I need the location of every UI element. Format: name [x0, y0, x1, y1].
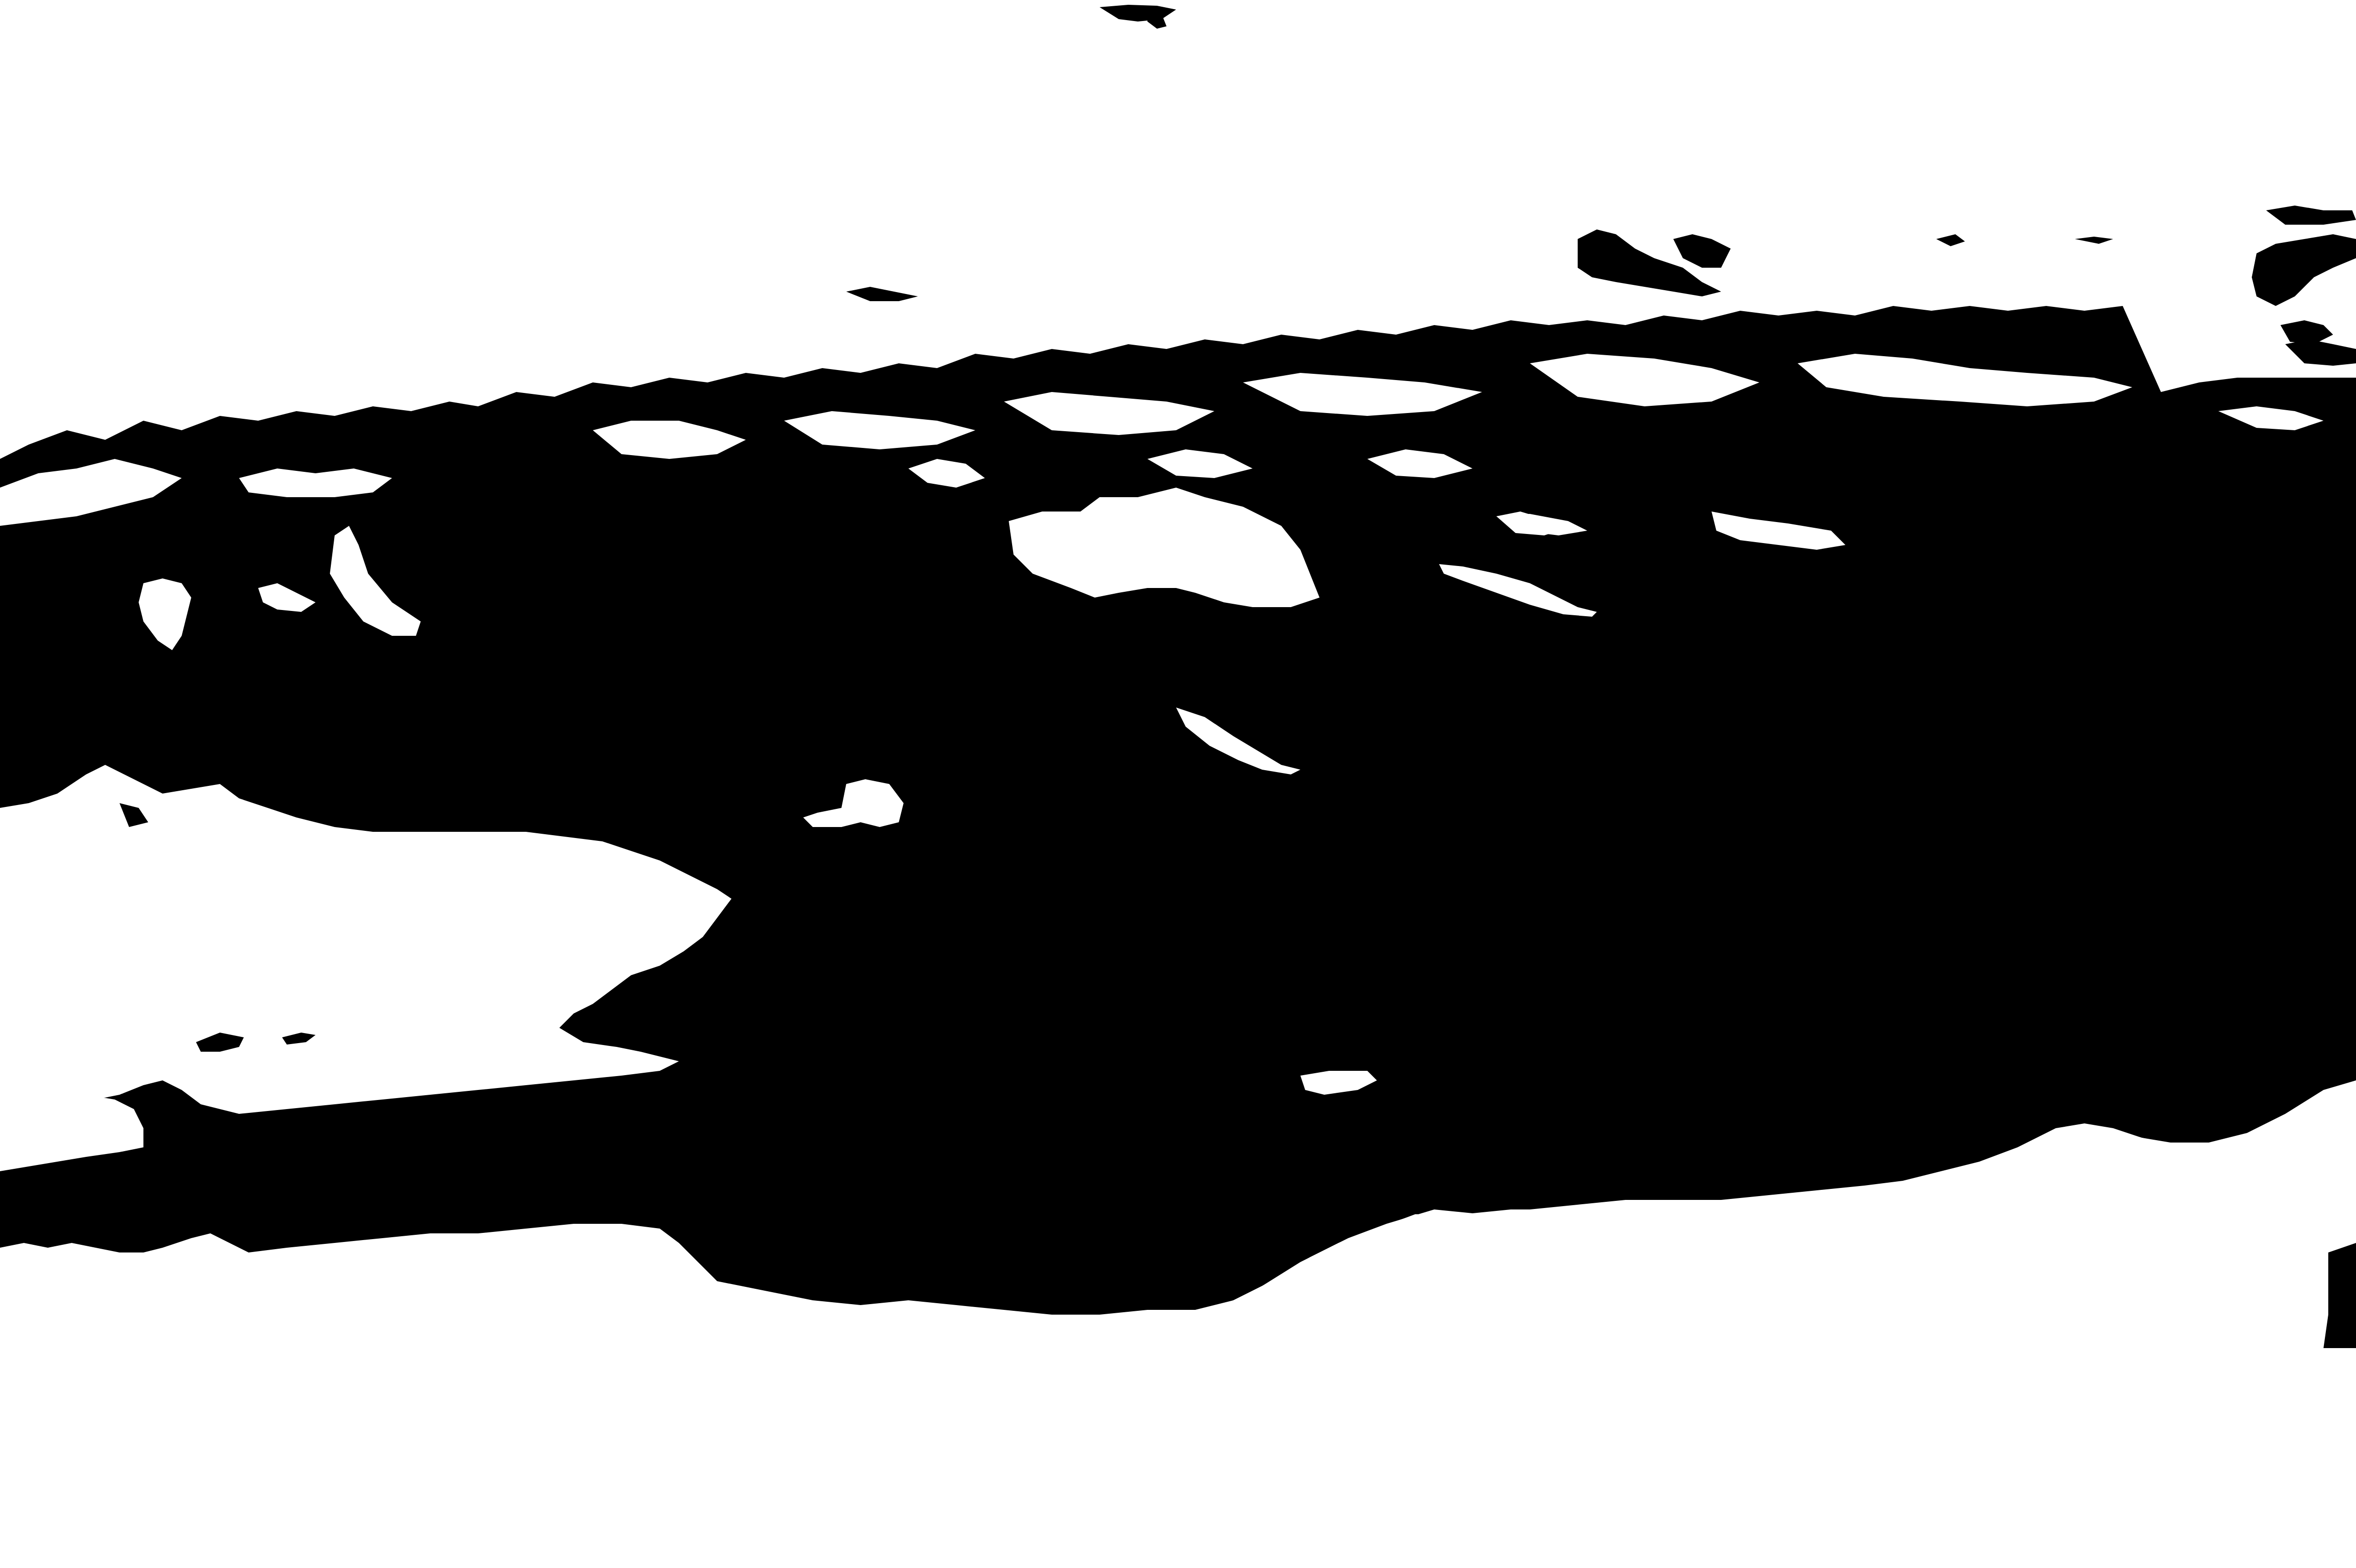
edge-patch: [2323, 1243, 2356, 1348]
mask-image: Black-and-white thresholded landscape: w…: [0, 0, 2356, 1568]
segmentation-mask: [0, 0, 2356, 1568]
